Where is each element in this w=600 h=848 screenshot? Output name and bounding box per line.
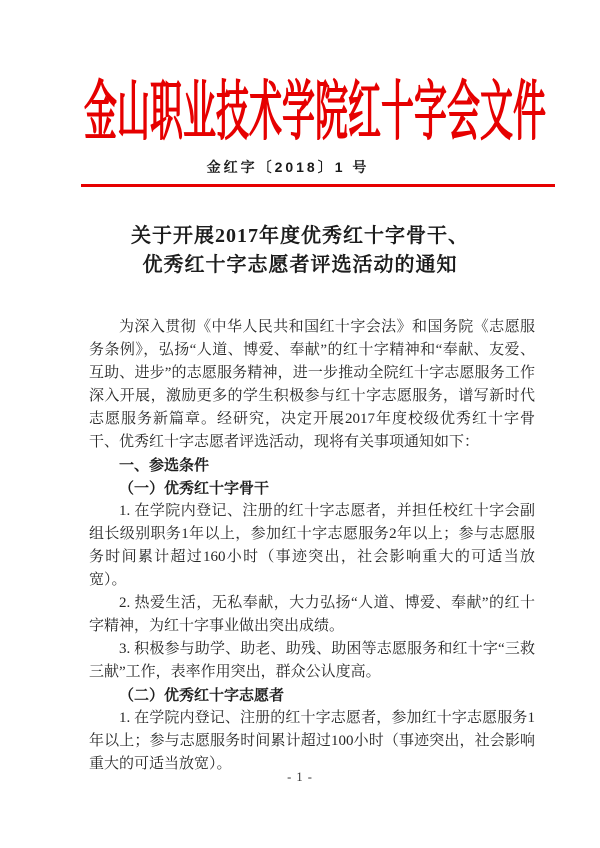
document-page: 金山职业技术学院红十字会文件 金红字〔2018〕1 号 关于开展2017年度优秀… (0, 0, 600, 848)
body-paragraph: 3. 积极参与助学、助老、助残、助困等志愿服务和红十字“三救三献”工作，表率作用… (89, 638, 535, 684)
doc-number: 金红字〔2018〕1 号 (0, 157, 588, 177)
document-body: 为深入贯彻《中华人民共和国红十字会法》和国务院《志愿服务条例》，弘扬“人道、博爱… (89, 316, 535, 776)
body-paragraph: 1. 在学院内登记、注册的红十字志愿者，参加红十字志愿服务1年以上；参与志愿服务… (89, 707, 535, 776)
body-paragraph: 2. 热爱生活，无私奉献，大力弘扬“人道、博爱、奉献”的红十字精神，为红十字事业… (89, 592, 535, 638)
section-heading: （一）优秀红十字骨干 (89, 477, 535, 500)
document-header: 金山职业技术学院红十字会文件 (15, 92, 600, 132)
page-number: - 1 - (0, 770, 600, 785)
red-divider-line (81, 184, 555, 187)
body-paragraph: 1. 在学院内登记、注册的红十字志愿者，并担任校红十字会副组长级别职务1年以上，… (89, 500, 535, 592)
section-heading: 一、参选条件 (89, 454, 535, 477)
section-heading: （二）优秀红十字志愿者 (89, 684, 535, 707)
body-paragraph: 为深入贯彻《中华人民共和国红十字会法》和国务院《志愿服务条例》，弘扬“人道、博爱… (89, 316, 535, 454)
doc-title-line1: 关于开展2017年度优秀红十字骨干、 (0, 222, 600, 251)
org-title: 金山职业技术学院红十字会文件 (84, 73, 546, 152)
doc-title: 关于开展2017年度优秀红十字骨干、 优秀红十字志愿者评选活动的通知 (0, 222, 600, 280)
doc-title-line2: 优秀红十字志愿者评选活动的通知 (0, 251, 600, 280)
